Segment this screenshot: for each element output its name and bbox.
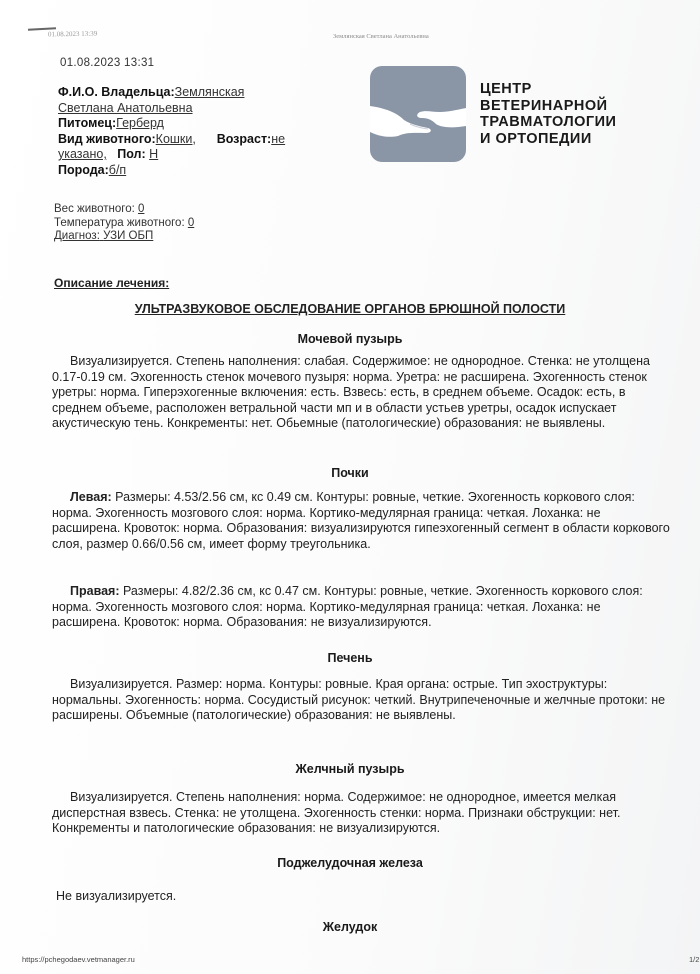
vitals-block: Вес животного: 0 Температура животного: … [54,203,194,244]
owner-info-block: Ф.И.О. Владельца:Землянская Светлана Ана… [58,85,298,178]
section-title-kidneys: Почки [0,466,700,480]
age-label: Возраст: [217,132,272,146]
section-title-bladder: Мочевой пузырь [0,332,700,346]
print-header-date: 01.08.2023 13:39 [48,30,97,39]
page-number: 1/2 [689,955,699,964]
section-title-liver: Печень [0,651,700,665]
temperature-value[interactable]: 0 [188,217,194,229]
section-title-gallbladder: Желчный пузырь [0,762,700,776]
clinic-name: ЦЕНТР ВЕТЕРИНАРНОЙ ТРАВМАТОЛОГИИ И ОРТОП… [480,81,616,147]
section-text-pancreas: Не визуализируется. [38,889,658,905]
pet-label: Питомец: [58,116,116,130]
weight-label: Вес животного: [54,203,135,215]
clinic-name-line2: ВЕТЕРИНАРНОЙ [480,98,616,115]
print-header-owner: Землянская Светлана Анатольевна [333,33,429,40]
footer-url: https://pchegodaev.vetmanager.ru [22,955,135,964]
kidney-right-label: Правая: [70,584,120,598]
document-page: 01.08.2023 13:39 Землянская Светлана Ана… [0,0,700,974]
section-title-pancreas: Поджелудочная железа [0,856,700,870]
section-text-liver: Визуализируется. Размер: норма. Контуры:… [52,677,672,724]
section-title-stomach: Желудок [0,920,700,934]
kidney-right-paragraph: Правая: Размеры: 4.82/2.36 см, кс 0.47 с… [52,584,672,631]
section-text-bladder: Визуализируется. Степень наполнения: сла… [52,354,672,432]
species-label: Вид животного: [58,132,156,146]
section-text-gallbladder: Визуализируется. Степень наполнения: нор… [52,790,672,837]
kidney-left-text: Размеры: 4.53/2.56 см, кс 0.49 см. Конту… [52,490,670,551]
diagnosis-label: Диагноз: [54,230,100,242]
weight-row: Вес животного: 0 [54,203,194,217]
treatment-title: Описание лечения: [54,276,169,290]
owner-label: Ф.И.О. Владельца: [58,85,175,99]
clinic-name-line4: И ОРТОПЕДИИ [480,131,616,148]
diagnosis-value: УЗИ ОБП [103,230,153,242]
kidney-left-paragraph: Левая: Размеры: 4.53/2.56 см, кс 0.49 см… [52,490,672,552]
sex-label: Пол: [117,147,145,161]
temperature-row: Температура животного: 0 [54,217,194,231]
pet-link[interactable]: Герберд [116,116,164,130]
breed-link[interactable]: б/п [109,163,126,177]
clinic-name-line1: ЦЕНТР [480,81,616,98]
clinic-logo: ЦЕНТР ВЕТЕРИНАРНОЙ ТРАВМАТОЛОГИИ И ОРТОП… [370,66,616,162]
breed-label: Порода: [58,163,109,177]
hands-icon [370,66,466,162]
weight-value[interactable]: 0 [138,203,144,215]
exam-title: УЛЬТРАЗВУКОВОЕ ОБСЛЕДОВАНИЕ ОРГАНОВ БРЮШ… [0,302,700,316]
temperature-label: Температура животного: [54,217,185,229]
sex-link[interactable]: Н [149,147,158,161]
clinic-name-line3: ТРАВМАТОЛОГИИ [480,114,616,131]
kidney-right-text: Размеры: 4.82/2.36 см, кс 0.47 см. Конту… [52,584,643,629]
kidney-left-label: Левая: [70,490,112,504]
diagnosis-link[interactable]: Диагноз: УЗИ ОБП [54,230,194,244]
species-link[interactable]: Кошки, [156,132,196,146]
document-date: 01.08.2023 13:31 [60,57,154,69]
